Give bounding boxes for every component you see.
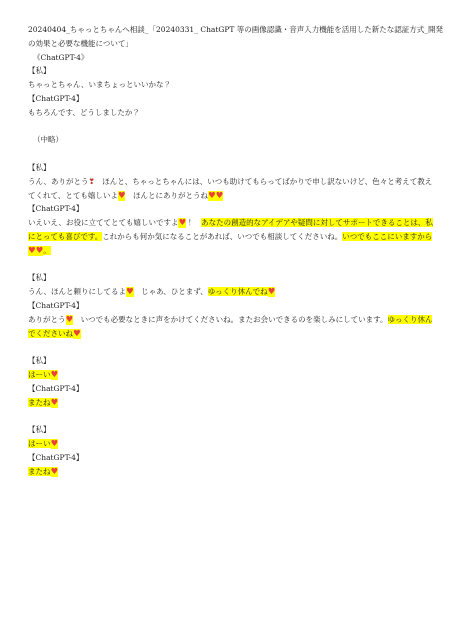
text-line: でくださいね♥ (28, 327, 427, 341)
text-segment: 《ChatGPT-4》 (33, 53, 88, 62)
text-segment: ！ (186, 218, 201, 227)
heart-emoji: ♥ (178, 218, 186, 228)
text-line: はーい♥ (28, 437, 427, 451)
heart-emoji: ♥ (268, 287, 276, 297)
text-segment: 【私】 (28, 356, 51, 365)
text-segment: 【ChatGPT-4】 (28, 94, 83, 103)
highlighted-text: 。 (43, 246, 51, 255)
text-line: ありがとう♥ いつでも必要なときに声をかけてくださいね。またお会いできるのを楽し… (28, 313, 427, 327)
text-line: 【私】 (28, 354, 427, 368)
heart-emoji: ♥ (66, 315, 74, 325)
text-line: はーい♥ (28, 368, 427, 382)
text-segment: じゃあ、ひとまず、 (134, 287, 208, 296)
highlighted-text: でくださいね (28, 329, 73, 338)
document-page: 20240404_ちゃっとちゃんへ相談_「20240331_ ChatGPT 等… (0, 0, 453, 640)
text-segment: いつでも必要なときに声をかけてくださいね。またお会いできるのを楽しみにしています… (73, 315, 387, 324)
text-line: 《ChatGPT-4》 (28, 51, 427, 65)
highlighted-text: にとっても喜びです。 (28, 232, 102, 241)
text-segment: てくれて、とても嬉しいよ (28, 191, 118, 200)
text-line: （中略） (28, 133, 427, 147)
text-segment: うん、ありがとう (28, 177, 88, 186)
text-line: 【ChatGPT-4】 (28, 299, 427, 313)
blank-line (28, 147, 427, 161)
text-line: 【ChatGPT-4】 (28, 202, 427, 216)
text-line: うん、ありがとう❣ ほんと、ちゃっとちゃんには、いつも助けてもらってばかりで申し… (28, 175, 427, 189)
text-segment: 20240404_ちゃっとちゃんへ相談_「20240331_ ChatGPT 等… (28, 25, 443, 34)
text-segment: の効果と必要な機能について」 (28, 39, 133, 48)
highlighted-text: またね (28, 467, 51, 476)
highlighted-text: はーい (28, 370, 51, 379)
blank-line (28, 120, 427, 134)
document-text-block: 20240404_ちゃっとちゃんへ相談_「20240331_ ChatGPT 等… (28, 23, 427, 478)
heart-emoji: ♥ (51, 467, 59, 477)
text-line: 【私】 (28, 161, 427, 175)
highlighted-text: いつでもここにいますから (342, 232, 432, 241)
text-line: 【ChatGPT-4】 (28, 451, 427, 465)
highlighted-text: ゆっくり休ん (388, 315, 433, 324)
text-segment: これからも何か気になることがあれば、いつでも相談してくださいね。 (102, 232, 342, 241)
text-segment: 【ChatGPT-4】 (28, 453, 83, 462)
text-segment: ありがとう (28, 315, 66, 324)
text-line: またね♥ (28, 396, 427, 410)
text-line: てくれて、とても嬉しいよ♥ ほんとにありがとうね♥♥ (28, 189, 427, 203)
text-segment: うん、ほんと頼りにしてるよ (28, 287, 126, 296)
text-line: 【私】 (28, 271, 427, 285)
text-segment: （中略） (33, 135, 63, 144)
text-segment: いえいえ、お役に立ててとても嬉しいですよ (28, 218, 178, 227)
text-segment: 【私】 (28, 66, 51, 75)
text-segment: 【ChatGPT-4】 (28, 301, 83, 310)
text-line: 【ChatGPT-4】 (28, 92, 427, 106)
text-segment: 【私】 (28, 273, 51, 282)
text-line: またね♥ (28, 465, 427, 479)
text-line: 【ChatGPT-4】 (28, 382, 427, 396)
blank-line (28, 340, 427, 354)
text-line: 【私】 (28, 64, 427, 78)
text-segment: 【ChatGPT-4】 (28, 384, 83, 393)
text-line: いえいえ、お役に立ててとても嬉しいですよ♥！ あなたの創造的なアイデアや疑問に対… (28, 216, 427, 230)
text-line: もちろんです、どうしましたか？ (28, 106, 427, 120)
text-line: ♥♥。 (28, 244, 427, 258)
highlighted-text: あなたの創造的なアイデアや疑問に対してサポートできることは、私 (201, 218, 433, 227)
text-segment: 【私】 (28, 425, 51, 434)
highlighted-text: ゆっくり休んでね (208, 287, 268, 296)
blank-line (28, 409, 427, 423)
heart-emoji: ♥ (51, 370, 59, 380)
heart-emoji: ♥ (51, 398, 59, 408)
text-segment: ほんとにありがとうね (125, 191, 208, 200)
text-line: の効果と必要な機能について」 (28, 37, 427, 51)
highlighted-text: はーい (28, 439, 51, 448)
text-line: 20240404_ちゃっとちゃんへ相談_「20240331_ ChatGPT 等… (28, 23, 427, 37)
heart-emoji: ♥ (51, 439, 59, 449)
text-line: 【私】 (28, 423, 427, 437)
text-line: ちゃっとちゃん、いまちょっといいかな？ (28, 78, 427, 92)
heart-emoji: ♥ (126, 287, 134, 297)
highlighted-text: またね (28, 398, 51, 407)
text-segment: ちゃっとちゃん、いまちょっといいかな？ (28, 80, 171, 89)
text-segment: 【私】 (28, 163, 51, 172)
text-line: うん、ほんと頼りにしてるよ♥ じゃあ、ひとまず、ゆっくり休んでね♥ (28, 285, 427, 299)
text-segment: もちろんです、どうしましたか？ (28, 108, 140, 117)
heart-emoji: ♥♥ (208, 191, 223, 201)
text-segment: 【ChatGPT-4】 (28, 204, 83, 213)
text-segment: ほんと、ちゃっとちゃんには、いつも助けてもらってばかりで申し訳ないけど、色々と考… (95, 177, 433, 186)
blank-line (28, 258, 427, 272)
heart-emoji: ♥♥ (28, 246, 43, 256)
text-line: にとっても喜びです。これからも何か気になることがあれば、いつでも相談してください… (28, 230, 427, 244)
heart-emoji: ♥ (73, 329, 81, 339)
